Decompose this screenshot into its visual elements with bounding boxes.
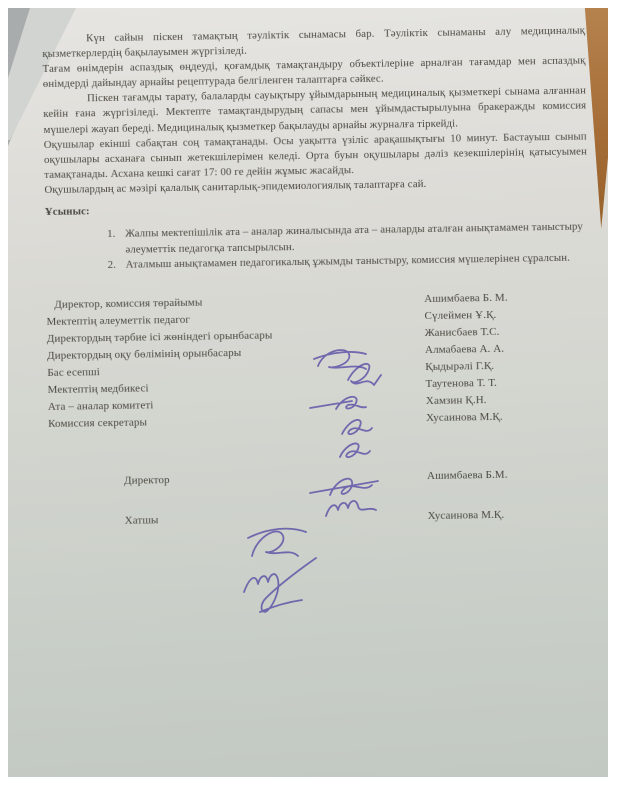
signatory-name: Таутенова Т. Т. <box>425 374 590 392</box>
final-signatory-row: Хатшы Хусаинова М.Қ. <box>50 506 594 555</box>
signatory-name: Ашимбаева Б. М. <box>424 289 589 307</box>
final-position: Директор <box>124 469 427 489</box>
document-body: Күн сайын піскен тамақтың тәуліктік сына… <box>42 23 593 554</box>
item-number: 2. <box>108 258 126 274</box>
final-name: Хусаинова М.Қ. <box>428 506 593 524</box>
signatory-name: Қыдырәлі Г.Қ. <box>425 357 590 375</box>
item-number: 1. <box>107 227 125 258</box>
final-name: Ашимбаева Б.М. <box>427 466 592 484</box>
recommendations-heading: Ұсыныс: <box>45 196 588 220</box>
signature-stroke <box>244 558 316 612</box>
paper-photo: Күн сайын піскен тамақтың тәуліктік сына… <box>8 8 608 777</box>
recommendations-list: 1. Жалпы мектепішілік ата – аналар жинал… <box>45 220 589 275</box>
signatory-name: Жанисбаев Т.С. <box>425 323 590 341</box>
commission-signature-table: Директор, комиссия төрайымы Ашимбаева Б.… <box>46 289 591 434</box>
signatory-name: Сүлеймен Ұ.Қ. <box>424 306 589 324</box>
final-signature-block: Директор Ашимбаева Б.М. Хатшы Хусаинова … <box>49 466 593 555</box>
signatory-name: Хамзин Қ.Н. <box>426 391 591 409</box>
signatory-name: Хусаинова М.Қ. <box>426 408 591 426</box>
signatory-name: Алмабаева А. А. <box>425 340 590 358</box>
